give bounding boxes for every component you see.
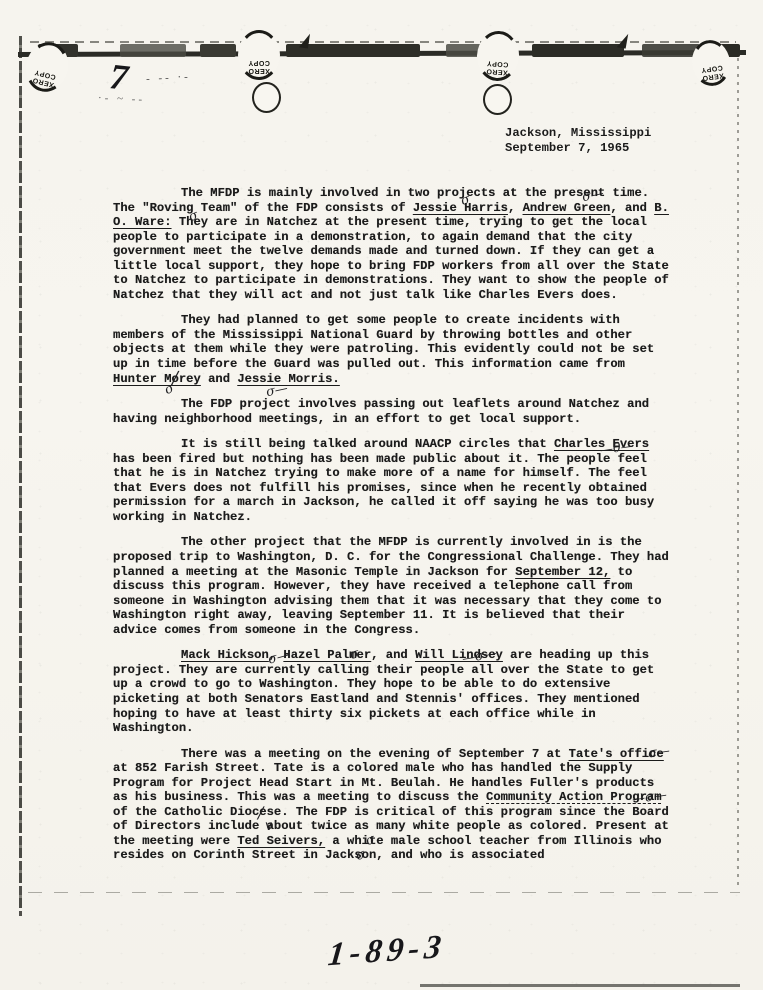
scan-artifact-dotted-rule [28, 892, 740, 893]
paragraph: It is still being talked around NAACP ci… [113, 437, 673, 524]
scan-artifact-blot [532, 44, 624, 57]
stamp-text: XERO [486, 67, 508, 76]
paragraph-text: There was a meeting on the evening of Se… [181, 747, 569, 761]
document-body: The MFDP is mainly involved in two proje… [113, 186, 673, 874]
paragraph-text: They had planned to get some people to c… [113, 313, 654, 371]
paragraph-text: and [201, 372, 238, 386]
paragraph-text: , and [610, 201, 654, 215]
underlined-name: Mack Hickson [181, 648, 269, 662]
paragraph: The other project that the MFDP is curre… [113, 535, 673, 637]
xero-copy-stamp: XERO COPY [689, 38, 733, 89]
punch-hole-icon [252, 82, 281, 113]
xero-copy-stamp: XERO COPY [475, 30, 520, 83]
underlined-name: Jessie Harris [413, 201, 508, 215]
paragraph-text: , and [371, 648, 415, 662]
handwritten-scribble: ·- ~ -- [98, 92, 145, 106]
paragraph-text: The FDP project involves passing out lea… [113, 397, 649, 426]
scan-edge-line-right [737, 58, 739, 888]
stamp-text: COPY [248, 60, 270, 67]
scan-artifact-thin-rule [30, 41, 736, 43]
paragraph: They had planned to get some people to c… [113, 313, 673, 386]
scanned-document-page: XERO COPY XERO COPY XERO COPY XERO COPY … [0, 0, 763, 990]
scan-edge-line-left [19, 36, 22, 916]
underlined-name: Andrew Green [523, 201, 611, 215]
dateline-city: Jackson, Mississippi [505, 126, 651, 141]
handwritten-file-code: 1-89-3 [326, 929, 448, 975]
scan-artifact-blot [200, 44, 236, 57]
scan-artifact-wedge [617, 32, 628, 48]
paragraph-text: They are in Natchez at the present time,… [113, 215, 669, 302]
paragraph-text: has been fired but nothing has been made… [113, 452, 654, 524]
xero-copy-stamp: XERO COPY [238, 30, 280, 80]
dateline: Jackson, Mississippi September 7, 1965 [505, 126, 651, 156]
handwritten-scribble: - -- ·- [146, 71, 191, 85]
paragraph-text: It is still being talked around NAACP ci… [181, 437, 554, 451]
xero-copy-stamp: XERO COPY [21, 38, 74, 97]
underlined-name: Hunter Morey [113, 372, 201, 386]
stamp-text: COPY [486, 60, 508, 69]
scan-artifact-bottom-rule [420, 984, 740, 987]
handwritten-mark: ∕ [258, 803, 263, 822]
paragraph: There was a meeting on the evening of Se… [113, 747, 673, 863]
underlined-name: Jessie Morris. [237, 372, 339, 386]
underlined-name: September 12, [515, 565, 610, 579]
stamp-text: XERO [248, 67, 270, 74]
handwritten-mark: σ— [647, 744, 671, 762]
handwritten-mark: ∨ [264, 819, 274, 834]
dateline-date: September 7, 1965 [505, 141, 651, 156]
paragraph: Mack Hickson, Hazel Palmer, and Will Lin… [113, 648, 673, 735]
paragraph: The FDP project involves passing out lea… [113, 397, 673, 426]
scan-artifact-blot [120, 44, 186, 57]
underlined-name: Ted Seivers, [237, 834, 325, 848]
paragraph-text: , [508, 201, 523, 215]
punch-hole-icon [483, 84, 512, 115]
